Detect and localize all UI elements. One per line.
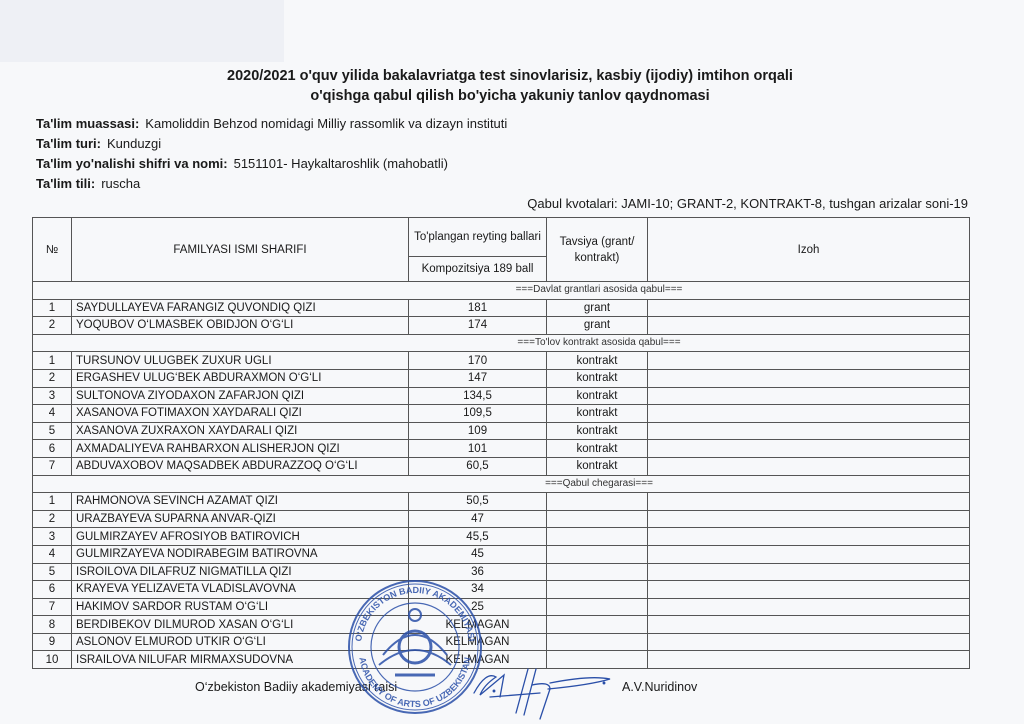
cell-score: 109 [409,422,547,440]
table-row: 8BERDIBEKOV DILMUROD XASAN O‘G‘LIKELMAGA… [33,616,970,634]
table-row: 5ISROILOVA DILAFRUZ NIGMATILLA QIZI36 [33,563,970,581]
cell-num: 10 [33,651,72,669]
cell-score: 45 [409,545,547,563]
cell-recommendation [547,616,648,634]
table-row: 2YOQUBOV O‘LMASBEK OBIDJON O‘G‘LI174gran… [33,317,970,335]
table-row: 5XASANOVA ZUXRAXON XAYDARALI QIZI109kont… [33,422,970,440]
cell-score: 45,5 [409,528,547,546]
cell-score: 181 [409,299,547,317]
cell-recommendation: grant [547,317,648,335]
section-title: ===Qabul chegarasi=== [33,475,970,493]
cell-recommendation [547,598,648,616]
table-row: 1SAYDULLAYEVA FARANGIZ QUVONDIQ QIZI181g… [33,299,970,317]
table-row: 4GULMIRZAYEVA NODIRABEGIM BATIROVNA45 [33,545,970,563]
cell-name: SAYDULLAYEVA FARANGIZ QUVONDIQ QIZI [72,299,409,317]
cell-name: KRAYEVA YELIZAVETA VLADISLAVOVNA [72,581,409,599]
cell-name: HAKIMOV SARDOR RUSTAM O‘G‘LI [72,598,409,616]
cell-name: RAHMONOVA SEVINCH AZAMAT QIZI [72,493,409,511]
cell-recommendation [547,651,648,669]
cell-score: 50,5 [409,493,547,511]
table-row: 1RAHMONOVA SEVINCH AZAMAT QIZI50,5 [33,493,970,511]
cell-recommendation: kontrakt [547,440,648,458]
cell-recommendation: kontrakt [547,352,648,370]
cell-name: YOQUBOV O‘LMASBEK OBIDJON O‘G‘LI [72,317,409,335]
meta-label: Ta'lim yo'nalishi shifri va nomi: [36,156,228,171]
cell-recommendation: kontrakt [547,422,648,440]
cell-recommendation [547,563,648,581]
table-row: 4XASANOVA FOTIMAXON XAYDARALI QIZI109,5k… [33,405,970,423]
cell-score: 60,5 [409,457,547,475]
cell-score: KELMAGAN [409,616,547,634]
cell-note [648,563,970,581]
signatory-position: O‘zbekiston Badiiy akademiyasi raisi [195,680,397,694]
cell-recommendation [547,545,648,563]
section-title: ===To'lov kontrakt asosida qabul=== [33,334,970,352]
results-table: № FAMILYASI ISMI SHARIFI To'plangan reyt… [32,217,970,669]
cell-note [648,493,970,511]
section-header-row: ===Davlat grantlari asosida qabul=== [33,282,970,300]
meta-line: Ta'lim yo'nalishi shifri va nomi:5151101… [36,154,448,174]
meta-value: Kamoliddin Behzod nomidagi Milliy rassom… [145,116,507,131]
header-score-sub: Kompozitsiya 189 ball [409,257,547,282]
cell-note [648,616,970,634]
table-row: 2URAZBAYEVA SUPARNA ANVAR-QIZI47 [33,510,970,528]
cell-score: 101 [409,440,547,458]
cell-recommendation: kontrakt [547,369,648,387]
cell-name: BERDIBEKOV DILMUROD XASAN O‘G‘LI [72,616,409,634]
cell-num: 8 [33,616,72,634]
cell-num: 2 [33,317,72,335]
cell-recommendation: kontrakt [547,457,648,475]
cell-note [648,317,970,335]
cell-name: GULMIRZAYEVA NODIRABEGIM BATIROVNA [72,545,409,563]
document-title-line-2: o'qishga qabul qilish bo'yicha yakuniy t… [100,86,920,106]
cell-num: 3 [33,387,72,405]
meta-line: Ta'lim tili:ruscha [36,174,140,194]
cell-num: 1 [33,493,72,511]
cell-note [648,422,970,440]
cell-name: TURSUNOV ULUGBEK ZUXUR UGLI [72,352,409,370]
cell-num: 7 [33,598,72,616]
table-row: 6AXMADALIYEVA RAHBARXON ALISHERJON QIZI1… [33,440,970,458]
cell-note [648,545,970,563]
cell-num: 1 [33,352,72,370]
document-title-line-1: 2020/2021 o'quv yilida bakalavriatga tes… [100,66,920,86]
table-row: 9ASLONOV ELMUROD UTKIR O‘G‘LIKELMAGAN [33,633,970,651]
cell-num: 6 [33,440,72,458]
meta-label: Ta'lim muassasi: [36,116,139,131]
cell-note [648,528,970,546]
cell-name: SULTONOVA ZIYODAXON ZAFARJON QIZI [72,387,409,405]
cell-score: 36 [409,563,547,581]
admission-quota: Qabul kvotalari: JAMI-10; GRANT-2, KONTR… [527,196,968,211]
table-row: 7HAKIMOV SARDOR RUSTAM O‘G‘LI25 [33,598,970,616]
cell-num: 9 [33,633,72,651]
cell-recommendation [547,528,648,546]
table-row: 10ISRAILOVA NILUFAR MIRMAXSUDOVNAKELMAGA… [33,651,970,669]
table-row: 1TURSUNOV ULUGBEK ZUXUR UGLI170kontrakt [33,352,970,370]
cell-score: 174 [409,317,547,335]
cell-note [648,440,970,458]
cell-num: 1 [33,299,72,317]
section-header-row: ===To'lov kontrakt asosida qabul=== [33,334,970,352]
header-note: Izoh [648,218,970,282]
cell-score: 34 [409,581,547,599]
cell-name: ERGASHEV ULUG‘BEK ABDURAXMON O‘G‘LI [72,369,409,387]
cell-note [648,299,970,317]
meta-line: Ta'lim turi:Kunduzgi [36,134,161,154]
header-recommendation: Tavsiya (grant/ kontrakt) [547,218,648,282]
cell-note [648,633,970,651]
cell-note [648,598,970,616]
meta-line: Ta'lim muassasi:Kamoliddin Behzod nomida… [36,114,507,134]
cell-name: XASANOVA FOTIMAXON XAYDARALI QIZI [72,405,409,423]
cell-score: 109,5 [409,405,547,423]
cell-name: ASLONOV ELMUROD UTKIR O‘G‘LI [72,633,409,651]
cell-score: 47 [409,510,547,528]
table-row: 7ABDUVAXOBOV MAQSADBEK ABDURAZZOQ O‘G‘LI… [33,457,970,475]
cell-recommendation [547,510,648,528]
cell-num: 4 [33,405,72,423]
cell-note [648,457,970,475]
header-name: FAMILYASI ISMI SHARIFI [72,218,409,282]
cell-num: 6 [33,581,72,599]
cell-score: 147 [409,369,547,387]
cell-recommendation [547,581,648,599]
cell-num: 5 [33,563,72,581]
cell-num: 5 [33,422,72,440]
section-header-row: ===Qabul chegarasi=== [33,475,970,493]
cell-name: URAZBAYEVA SUPARNA ANVAR-QIZI [72,510,409,528]
table-row: 2ERGASHEV ULUG‘BEK ABDURAXMON O‘G‘LI147k… [33,369,970,387]
cell-recommendation [547,633,648,651]
header-num: № [33,218,72,282]
table-body: ===Davlat grantlari asosida qabul===1SAY… [33,282,970,669]
meta-value: ruscha [101,176,140,191]
table-row: 6KRAYEVA YELIZAVETA VLADISLAVOVNA34 [33,581,970,599]
meta-label: Ta'lim turi: [36,136,101,151]
cell-note [648,369,970,387]
signatory-name: A.V.Nuridinov [622,680,697,694]
cell-name: GULMIRZAYEV AFROSIYOB BATIROVICH [72,528,409,546]
scan-artifact [0,0,284,62]
cell-name: XASANOVA ZUXRAXON XAYDARALI QIZI [72,422,409,440]
table-row: 3GULMIRZAYEV AFROSIYOB BATIROVICH45,5 [33,528,970,546]
cell-recommendation: kontrakt [547,387,648,405]
cell-num: 4 [33,545,72,563]
cell-num: 7 [33,457,72,475]
cell-score: KELMAGAN [409,633,547,651]
cell-name: ABDUVAXOBOV MAQSADBEK ABDURAZZOQ O‘G‘LI [72,457,409,475]
cell-score: 170 [409,352,547,370]
cell-name: ISRAILOVA NILUFAR MIRMAXSUDOVNA [72,651,409,669]
header-score-group: To'plangan reyting ballari [409,218,547,257]
cell-note [648,405,970,423]
cell-recommendation: kontrakt [547,405,648,423]
cell-note [648,581,970,599]
meta-value: Kunduzgi [107,136,161,151]
meta-value: 5151101- Haykaltaroshlik (mahobatli) [234,156,448,171]
table-row: 3SULTONOVA ZIYODAXON ZAFARJON QIZI134,5k… [33,387,970,405]
cell-note [648,387,970,405]
cell-num: 2 [33,369,72,387]
cell-score: 25 [409,598,547,616]
cell-note [648,651,970,669]
signature-icon [470,663,620,723]
meta-label: Ta'lim tili: [36,176,95,191]
cell-name: ISROILOVA DILAFRUZ NIGMATILLA QIZI [72,563,409,581]
cell-note [648,352,970,370]
cell-score: KELMAGAN [409,651,547,669]
cell-note [648,510,970,528]
cell-recommendation [547,493,648,511]
cell-score: 134,5 [409,387,547,405]
cell-num: 3 [33,528,72,546]
cell-num: 2 [33,510,72,528]
section-title: ===Davlat grantlari asosida qabul=== [33,282,970,300]
cell-recommendation: grant [547,299,648,317]
cell-name: AXMADALIYEVA RAHBARXON ALISHERJON QIZI [72,440,409,458]
